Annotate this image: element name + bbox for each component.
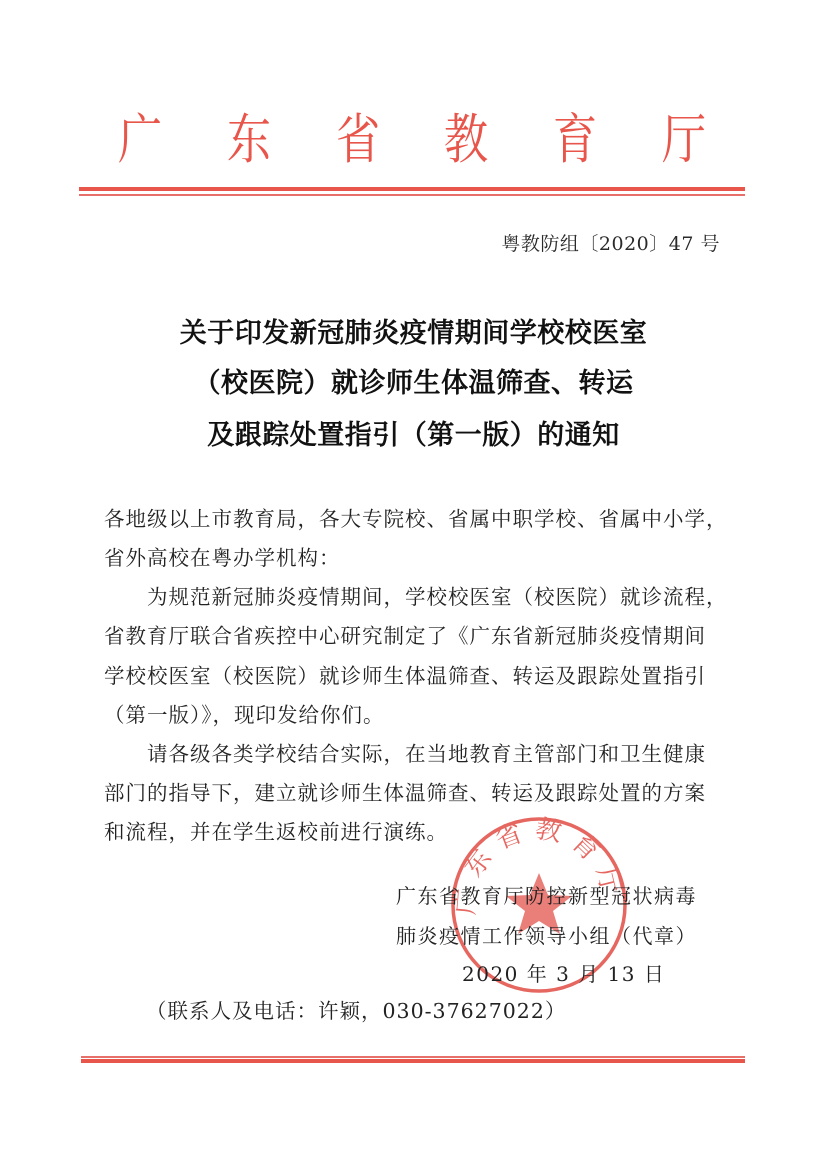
paragraph-1-line: 为规范新冠肺炎疫情期间，学校校医室（校医院）就诊流程， [147, 582, 728, 612]
document-number: 粤教防组〔2020〕47 号 [501, 231, 720, 257]
agency-char: 教 [444, 104, 488, 176]
paragraph-1-line: 省教育厅联合省疾控中心研究制定了《广东省新冠肺炎疫情期间 [104, 621, 706, 651]
title-line: 关于印发新冠肺炎疫情期间学校校医室 [0, 316, 827, 352]
addressee-line: 省外高校在粤办学机构： [104, 543, 341, 573]
agency-char: 广 [118, 104, 162, 176]
paragraph-2-line: 部门的指导下，建立就诊师生体温筛查、转运及跟踪处置的方案 [104, 778, 706, 808]
footer-rule-thin [81, 1056, 745, 1058]
paragraph-1-line: （第一版）》，现印发给你们。 [104, 700, 385, 730]
signature-org-line: 广东省教育厅防控新型冠状病毒 [396, 882, 697, 910]
paragraph-2-line: 请各级各类学校结合实际，在当地教育主管部门和卫生健康 [147, 739, 706, 769]
title-line: （校医院）就诊师生体温筛查、转运 [0, 366, 827, 402]
agency-char: 省 [335, 104, 379, 176]
contact-info: （联系人及电话：许颖，030-37627022） [146, 996, 566, 1026]
agency-char: 厅 [662, 104, 706, 176]
agency-char: 东 [227, 104, 271, 176]
agency-header: 广 东 省 教 育 厅 [79, 104, 745, 176]
agency-char: 育 [553, 104, 597, 176]
paragraph-1-line: 学校校医室（校医院）就诊师生体温筛查、转运及跟踪处置指引 [104, 661, 706, 691]
header-rule-thin [79, 194, 745, 196]
signature-org-line: 肺炎疫情工作领导小组（代章） [396, 922, 697, 950]
addressee-line: 各地级以上市教育局，各大专院校、省属中职学校、省属中小学， [104, 504, 728, 534]
signature-date: 2020 年 3 月 13 日 [462, 960, 665, 988]
footer-rule-thick [81, 1059, 745, 1063]
paragraph-2-line: 和流程，并在学生返校前进行演练。 [104, 817, 448, 847]
header-rule-thick [79, 187, 745, 191]
title-line: 及跟踪处置指引（第一版）的通知 [0, 418, 827, 454]
